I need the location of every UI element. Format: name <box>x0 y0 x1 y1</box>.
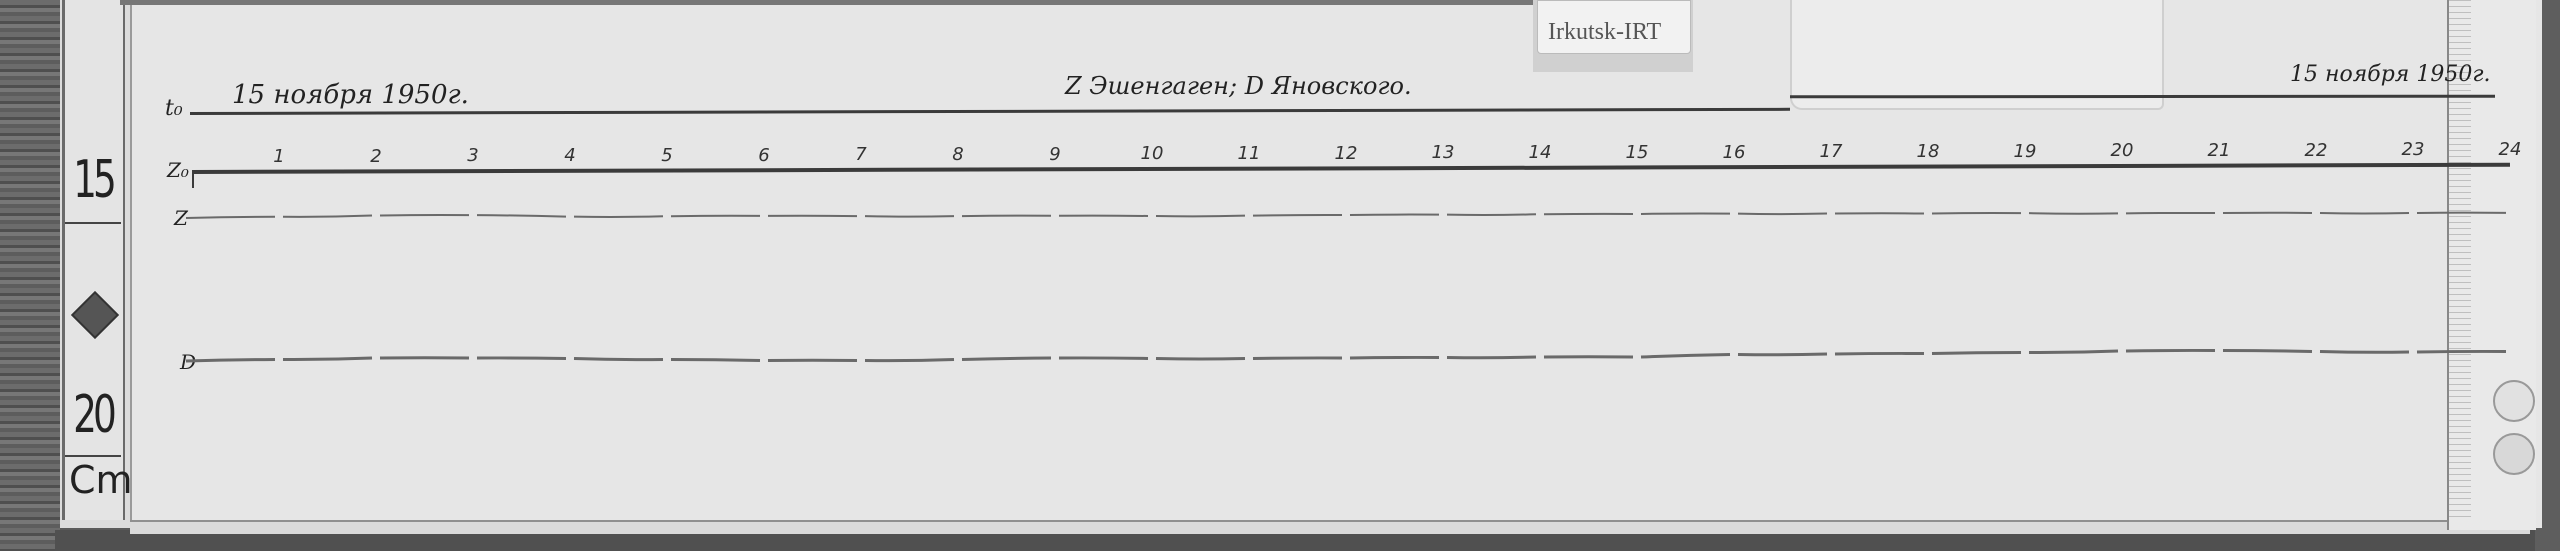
d-trace <box>186 350 2506 361</box>
z-trace <box>186 213 2506 218</box>
magnetogram-traces <box>0 0 2560 551</box>
